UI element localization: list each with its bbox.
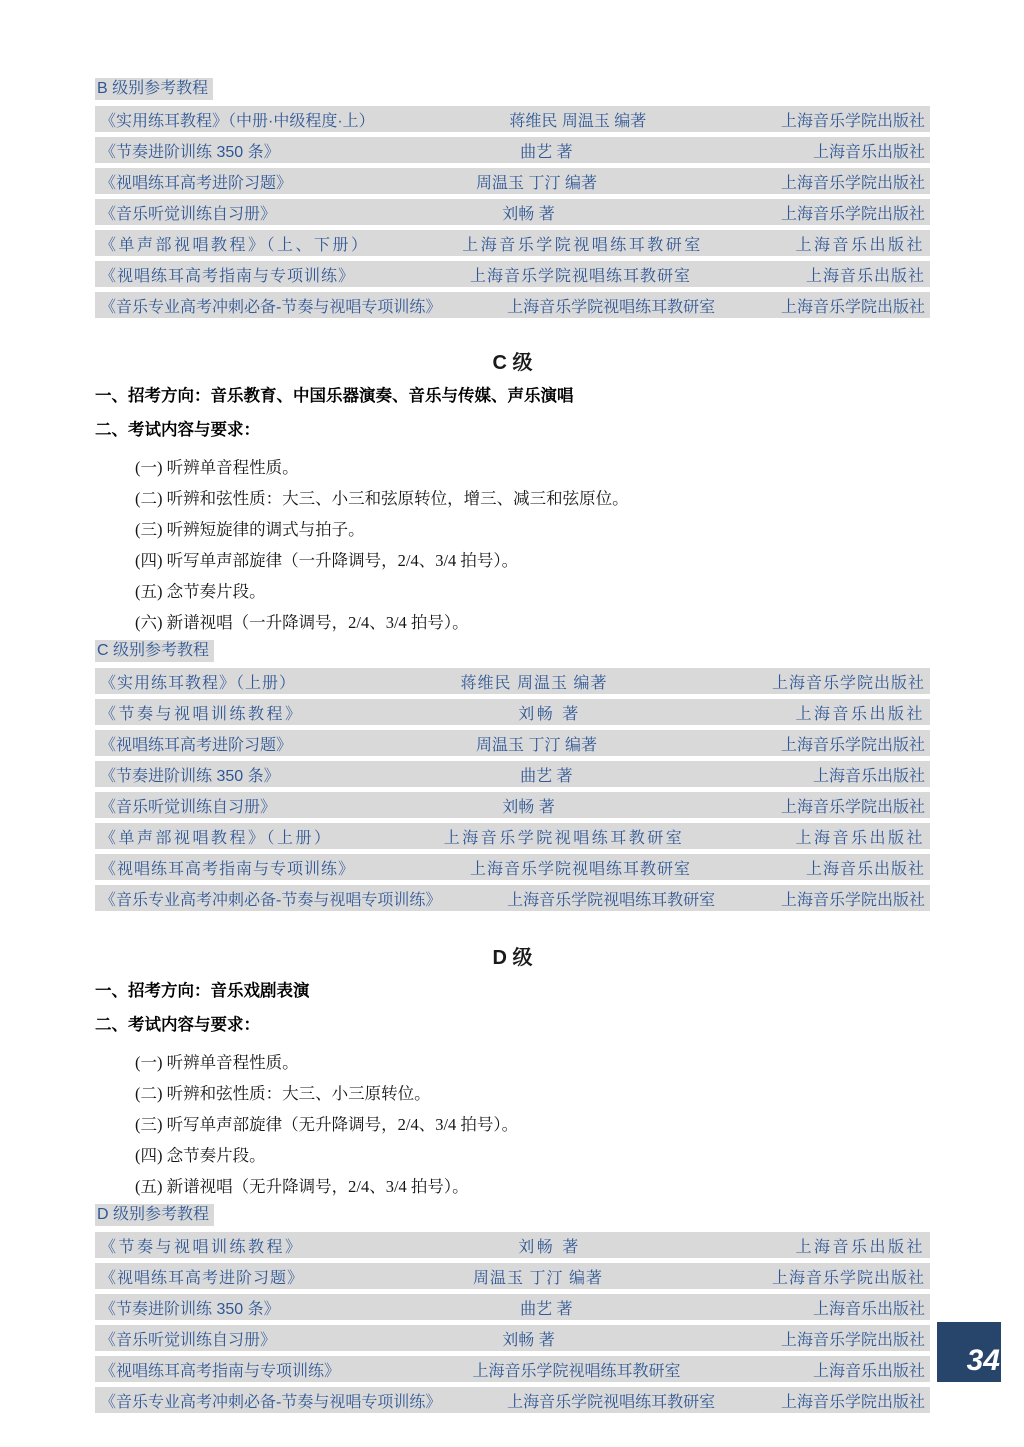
table-row: 《单声部视唱教程》（上册） 上海音乐学院视唱练耳教研室 上海音乐出版社 [95, 823, 930, 849]
table-row: 《视唱练耳高考指南与专项训练》 上海音乐学院视唱练耳教研室 上海音乐出版社 [95, 854, 930, 880]
table-row: 《音乐听觉训练自习册》 刘畅 著 上海音乐学院出版社 [95, 792, 930, 818]
table-row: 《视唱练耳高考进阶习题》 周温玉 丁汀 编著 上海音乐学院出版社 [95, 1263, 930, 1289]
requirement-item: (三) 听辨短旋律的调式与拍子。 [95, 514, 930, 545]
book-authors: 上海音乐学院视唱练耳教研室 [441, 1389, 781, 1412]
book-publisher: 上海音乐学院出版社 [781, 294, 925, 317]
section-d-title: D 级 [95, 945, 930, 971]
book-title: 《音乐专业高考冲刺必备-节奏与视唱专项训练》 [100, 887, 441, 910]
b-ref-table-label: B 级别参考教程 [95, 78, 213, 100]
table-row: 《单声部视唱教程》（上、下册） 上海音乐学院视唱练耳教研室 上海音乐出版社 [95, 230, 930, 256]
section-c-requirements: (一) 听辨单音程性质。 (二) 听辨和弦性质：大三、小三和弦原转位，增三、减三… [95, 452, 930, 638]
book-title: 《视唱练耳高考进阶习题》 [100, 1265, 304, 1288]
book-authors: 曲艺 著 [280, 763, 813, 786]
book-authors: 刘畅 著 [276, 1327, 781, 1350]
page-number-badge: 34 [937, 1322, 1001, 1382]
document-page: B 级别参考教程 《实用练耳教程》（中册·中级程度·上） 蒋维民 周温玉 编著 … [0, 0, 1024, 1413]
table-row: 《节奏与视唱训练教程》 刘畅 著 上海音乐出版社 [95, 699, 930, 725]
book-authors: 刘畅 著 [276, 794, 781, 817]
table-row: 《音乐专业高考冲刺必备-节奏与视唱专项训练》 上海音乐学院视唱练耳教研室 上海音… [95, 885, 930, 911]
book-title: 《节奏进阶训练 350 条》 [100, 139, 280, 162]
requirement-item: (六) 新谱视唱（一升降调号，2/4、3/4 拍号）。 [95, 607, 930, 638]
table-row: 《视唱练耳高考指南与专项训练》 上海音乐学院视唱练耳教研室 上海音乐出版社 [95, 261, 930, 287]
book-publisher: 上海音乐出版社 [795, 1234, 925, 1257]
requirement-item: (一) 听辨单音程性质。 [95, 452, 930, 483]
book-authors: 刘畅 著 [304, 701, 796, 724]
section-c-direction: 一、招考方向：音乐教育、中国乐器演奏、音乐与传媒、声乐演唱 [95, 384, 930, 408]
book-publisher: 上海音乐出版社 [795, 701, 925, 724]
table-row: 《节奏进阶训练 350 条》 曲艺 著 上海音乐出版社 [95, 137, 930, 163]
table-row: 《音乐听觉训练自习册》 刘畅 著 上海音乐学院出版社 [95, 199, 930, 225]
book-publisher: 上海音乐出版社 [813, 139, 925, 162]
book-authors: 曲艺 著 [280, 139, 813, 162]
book-publisher: 上海音乐出版社 [813, 1296, 925, 1319]
table-row: 《视唱练耳高考进阶习题》 周温玉 丁汀 编著 上海音乐学院出版社 [95, 730, 930, 756]
requirement-item: (三) 听写单声部旋律（无升降调号，2/4、3/4 拍号）。 [95, 1109, 930, 1140]
book-authors: 上海音乐学院视唱练耳教研室 [441, 887, 781, 910]
book-publisher: 上海音乐学院出版社 [781, 732, 925, 755]
table-row: 《节奏与视唱训练教程》 刘畅 著 上海音乐出版社 [95, 1232, 930, 1258]
section-d-requirements: (一) 听辨单音程性质。 (二) 听辨和弦性质：大三、小三原转位。 (三) 听写… [95, 1047, 930, 1202]
table-row: 《音乐专业高考冲刺必备-节奏与视唱专项训练》 上海音乐学院视唱练耳教研室 上海音… [95, 1387, 930, 1413]
book-authors: 周温玉 丁汀 编著 [292, 170, 781, 193]
book-title: 《实用练耳教程》（中册·中级程度·上） [100, 108, 375, 131]
book-publisher: 上海音乐学院出版社 [781, 1327, 925, 1350]
book-title: 《音乐听觉训练自习册》 [100, 201, 276, 224]
book-publisher: 上海音乐出版社 [795, 232, 925, 255]
book-title: 《节奏与视唱训练教程》 [100, 1234, 304, 1257]
section-d-direction: 一、招考方向：音乐戏剧表演 [95, 979, 930, 1003]
book-authors: 刘畅 著 [276, 201, 781, 224]
book-publisher: 上海音乐出版社 [806, 263, 925, 286]
book-title: 《节奏与视唱训练教程》 [100, 701, 304, 724]
section-d-requirements-heading: 二、考试内容与要求： [95, 1013, 930, 1037]
book-title: 《视唱练耳高考指南与专项训练》 [100, 263, 355, 286]
book-title: 《视唱练耳高考指南与专项训练》 [100, 856, 355, 879]
book-authors: 上海音乐学院视唱练耳教研室 [340, 1358, 813, 1381]
d-ref-table-label: D 级别参考教程 [95, 1204, 214, 1226]
page-number: 34 [967, 1346, 1001, 1382]
table-row: 《节奏进阶训练 350 条》 曲艺 著 上海音乐出版社 [95, 1294, 930, 1320]
book-publisher: 上海音乐学院出版社 [772, 670, 925, 693]
book-authors: 上海音乐学院视唱练耳教研室 [355, 263, 806, 286]
book-publisher: 上海音乐学院出版社 [781, 170, 925, 193]
book-authors: 曲艺 著 [280, 1296, 813, 1319]
book-authors: 上海音乐学院视唱练耳教研室 [333, 825, 796, 848]
table-row: 《节奏进阶训练 350 条》 曲艺 著 上海音乐出版社 [95, 761, 930, 787]
book-publisher: 上海音乐学院出版社 [781, 201, 925, 224]
requirement-item: (四) 听写单声部旋律（一升降调号，2/4、3/4 拍号）。 [95, 545, 930, 576]
book-title: 《视唱练耳高考指南与专项训练》 [100, 1358, 340, 1381]
book-publisher: 上海音乐学院出版社 [781, 1389, 925, 1412]
section-c-title: C 级 [95, 350, 930, 376]
book-title: 《音乐听觉训练自习册》 [100, 1327, 276, 1350]
book-publisher: 上海音乐学院出版社 [781, 794, 925, 817]
book-title: 《单声部视唱教程》（上册） [100, 825, 333, 848]
c-ref-table: 《实用练耳教程》（上册） 蒋维民 周温玉 编著 上海音乐学院出版社 《节奏与视唱… [95, 668, 930, 911]
book-authors: 周温玉 丁汀 编著 [292, 732, 781, 755]
section-c-requirements-heading: 二、考试内容与要求： [95, 418, 930, 442]
book-publisher: 上海音乐出版社 [813, 763, 925, 786]
requirement-item: (二) 听辨和弦性质：大三、小三原转位。 [95, 1078, 930, 1109]
book-authors: 蒋维民 周温玉 编著 [296, 670, 772, 693]
book-title: 《单声部视唱教程》（上、下册） [100, 232, 370, 255]
book-title: 《节奏进阶训练 350 条》 [100, 1296, 280, 1319]
requirement-item: (五) 新谱视唱（无升降调号，2/4、3/4 拍号）。 [95, 1171, 930, 1202]
book-authors: 上海音乐学院视唱练耳教研室 [355, 856, 806, 879]
book-authors: 刘畅 著 [304, 1234, 796, 1257]
book-publisher: 上海音乐出版社 [806, 856, 925, 879]
book-publisher: 上海音乐出版社 [795, 825, 925, 848]
book-title: 《视唱练耳高考进阶习题》 [100, 732, 292, 755]
book-publisher: 上海音乐学院出版社 [772, 1265, 925, 1288]
requirement-item: (五) 念节奏片段。 [95, 576, 930, 607]
book-authors: 蒋维民 周温玉 编著 [375, 108, 781, 131]
book-publisher: 上海音乐学院出版社 [781, 108, 925, 131]
b-ref-table: 《实用练耳教程》（中册·中级程度·上） 蒋维民 周温玉 编著 上海音乐学院出版社… [95, 106, 930, 318]
requirement-item: (四) 念节奏片段。 [95, 1140, 930, 1171]
table-row: 《音乐专业高考冲刺必备-节奏与视唱专项训练》 上海音乐学院视唱练耳教研室 上海音… [95, 292, 930, 318]
book-title: 《音乐听觉训练自习册》 [100, 794, 276, 817]
book-title: 《实用练耳教程》（上册） [100, 670, 296, 693]
book-authors: 上海音乐学院视唱练耳教研室 [370, 232, 796, 255]
book-publisher: 上海音乐学院出版社 [781, 887, 925, 910]
requirement-item: (二) 听辨和弦性质：大三、小三和弦原转位，增三、减三和弦原位。 [95, 483, 930, 514]
d-ref-table: 《节奏与视唱训练教程》 刘畅 著 上海音乐出版社 《视唱练耳高考进阶习题》 周温… [95, 1232, 930, 1413]
book-title: 《音乐专业高考冲刺必备-节奏与视唱专项训练》 [100, 1389, 441, 1412]
table-row: 《实用练耳教程》（上册） 蒋维民 周温玉 编著 上海音乐学院出版社 [95, 668, 930, 694]
c-ref-table-label: C 级别参考教程 [95, 640, 214, 662]
book-authors: 上海音乐学院视唱练耳教研室 [441, 294, 781, 317]
book-title: 《视唱练耳高考进阶习题》 [100, 170, 292, 193]
book-publisher: 上海音乐出版社 [813, 1358, 925, 1381]
table-row: 《实用练耳教程》（中册·中级程度·上） 蒋维民 周温玉 编著 上海音乐学院出版社 [95, 106, 930, 132]
book-title: 《音乐专业高考冲刺必备-节奏与视唱专项训练》 [100, 294, 441, 317]
table-row: 《音乐听觉训练自习册》 刘畅 著 上海音乐学院出版社 [95, 1325, 930, 1351]
book-title: 《节奏进阶训练 350 条》 [100, 763, 280, 786]
book-authors: 周温玉 丁汀 编著 [304, 1265, 772, 1288]
requirement-item: (一) 听辨单音程性质。 [95, 1047, 930, 1078]
table-row: 《视唱练耳高考进阶习题》 周温玉 丁汀 编著 上海音乐学院出版社 [95, 168, 930, 194]
table-row: 《视唱练耳高考指南与专项训练》 上海音乐学院视唱练耳教研室 上海音乐出版社 [95, 1356, 930, 1382]
